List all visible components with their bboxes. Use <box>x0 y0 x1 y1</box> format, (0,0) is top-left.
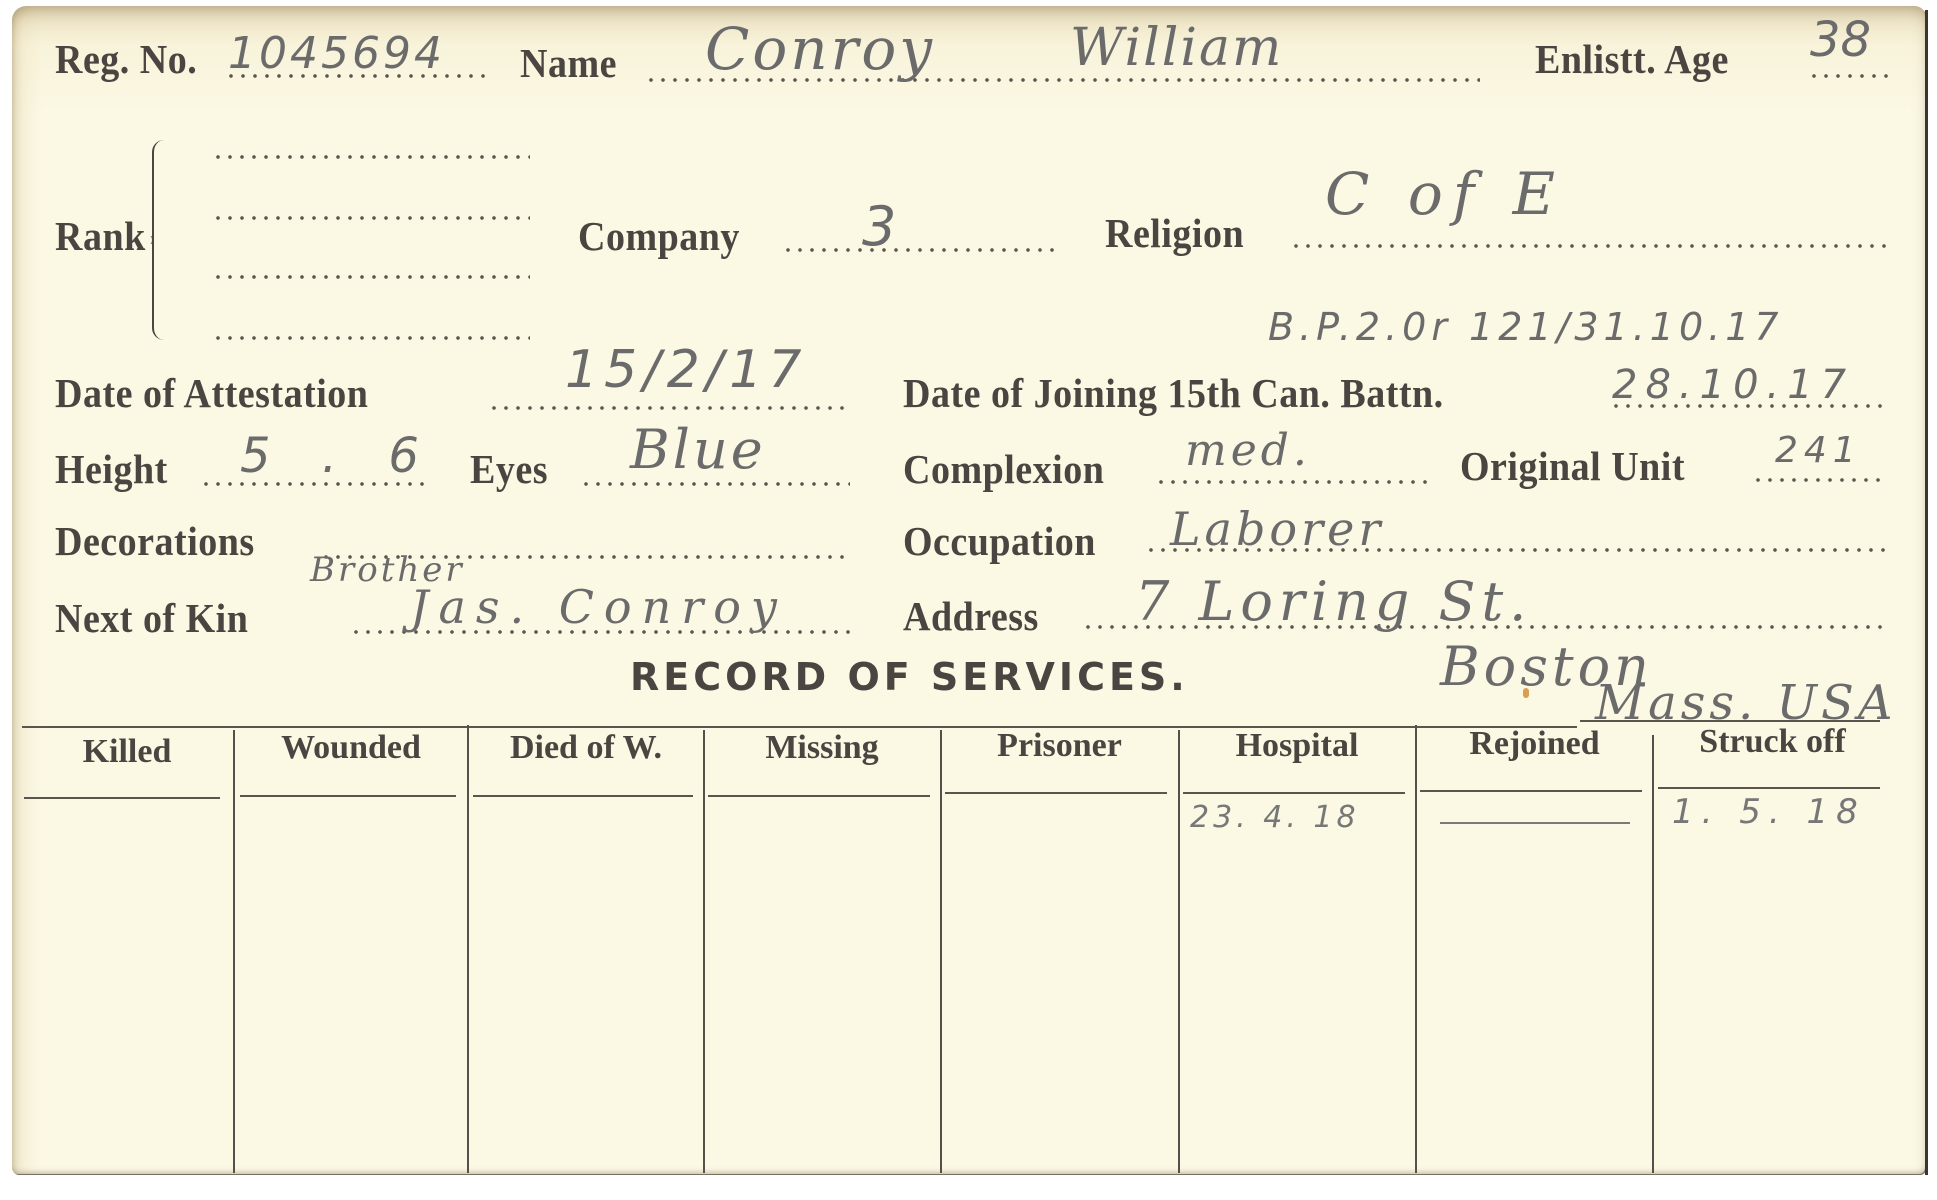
rank-line-2 <box>212 216 530 220</box>
reg-no-value: 1045694 <box>228 28 445 79</box>
hospital-entry: 23. 4. 18 <box>1190 800 1360 835</box>
address-line-1: 7 Loring St. <box>1135 570 1532 633</box>
name-surname-value: Conroy <box>705 15 935 83</box>
occupation-label: Occupation <box>903 518 1096 566</box>
rank-line-1 <box>212 155 530 159</box>
date-of-joining-value: 28.10.17 <box>1612 362 1854 408</box>
date-of-attestation-value: 15/2/17 <box>565 340 807 400</box>
column-header-killed: Killed <box>22 733 232 771</box>
header-underline-5 <box>945 792 1167 794</box>
column-divider-4 <box>940 730 942 1173</box>
name-label: Name <box>520 40 617 88</box>
column-divider-2 <box>467 725 469 1173</box>
name-given-value: William <box>1070 18 1283 78</box>
column-header-struck-off: Struck off <box>1655 723 1890 761</box>
attestation-dotted-line <box>488 406 850 410</box>
header-underline-4 <box>708 795 930 797</box>
rank-line-4 <box>212 336 530 340</box>
column-header-prisoner: Prisoner <box>942 727 1177 765</box>
column-header-missing: Missing <box>705 729 939 767</box>
company-label: Company <box>578 213 740 261</box>
original-unit-value: 241 <box>1775 430 1862 471</box>
next-of-kin-label: Next of Kin <box>55 595 248 643</box>
eyes-label: Eyes <box>470 446 548 494</box>
religion-dotted-line <box>1290 244 1888 248</box>
paper-stain <box>1523 688 1529 698</box>
header-underline-6 <box>1183 792 1405 794</box>
age-dotted-line <box>1808 74 1888 78</box>
column-divider-5 <box>1178 730 1180 1173</box>
eyes-value: Blue <box>630 418 766 481</box>
company-value: 3 <box>862 195 896 258</box>
column-divider-7 <box>1652 735 1654 1173</box>
eyes-dotted-line <box>580 482 850 486</box>
column-header-wounded: Wounded <box>236 729 466 767</box>
rejoined-entry-dash <box>1440 822 1630 824</box>
column-header-hospital: Hospital <box>1180 727 1414 765</box>
table-top-rule-right <box>1580 720 1880 722</box>
service-record-card <box>12 6 1925 1174</box>
height-value: 5 . 6 <box>240 428 437 484</box>
religion-value: C of E <box>1325 160 1565 228</box>
decorations-label: Decorations <box>55 518 255 566</box>
date-of-attestation-label: Date of Attestation <box>55 370 368 418</box>
address-label: Address <box>903 593 1039 641</box>
occupation-value: Laborer <box>1170 502 1384 556</box>
original-unit-label: Original Unit <box>1460 443 1685 491</box>
reg-no-label: Reg. No. <box>55 36 197 84</box>
record-of-services-heading: RECORD OF SERVICES. <box>630 655 1189 699</box>
enlistment-age-value: 38 <box>1810 12 1871 68</box>
religion-label: Religion <box>1105 210 1244 258</box>
column-divider-3 <box>703 730 705 1173</box>
height-label: Height <box>55 446 168 494</box>
complexion-dotted-line <box>1155 480 1427 484</box>
header-underline-2 <box>240 795 456 797</box>
rank-label: Rank <box>55 213 146 261</box>
column-header-died-of-wounds: Died of W. <box>470 729 702 767</box>
original-unit-dotted-line <box>1752 478 1888 482</box>
complexion-value: med. <box>1185 425 1311 476</box>
company-dotted-line <box>782 248 1054 252</box>
next-of-kin-value: Jas. Conroy <box>410 580 787 634</box>
column-divider-1 <box>233 730 235 1173</box>
column-divider-6 <box>1415 725 1417 1173</box>
enlistment-age-label: Enlistt. Age <box>1535 36 1729 84</box>
header-underline-3 <box>473 795 693 797</box>
rank-line-3 <box>212 275 530 279</box>
card-edge <box>1925 10 1928 1175</box>
header-underline-7 <box>1420 790 1642 792</box>
date-of-joining-label: Date of Joining 15th Can. Battn. <box>903 370 1444 418</box>
battalion-order-annotation: B.P.2.0r 121/31.10.17 <box>1268 305 1784 349</box>
header-underline-8 <box>1658 787 1880 789</box>
complexion-label: Complexion <box>903 446 1104 494</box>
header-underline-1 <box>24 797 220 799</box>
column-header-rejoined: Rejoined <box>1418 725 1651 763</box>
struck-off-entry: 1. 5. 18 <box>1672 792 1866 832</box>
rank-brace <box>152 140 168 340</box>
